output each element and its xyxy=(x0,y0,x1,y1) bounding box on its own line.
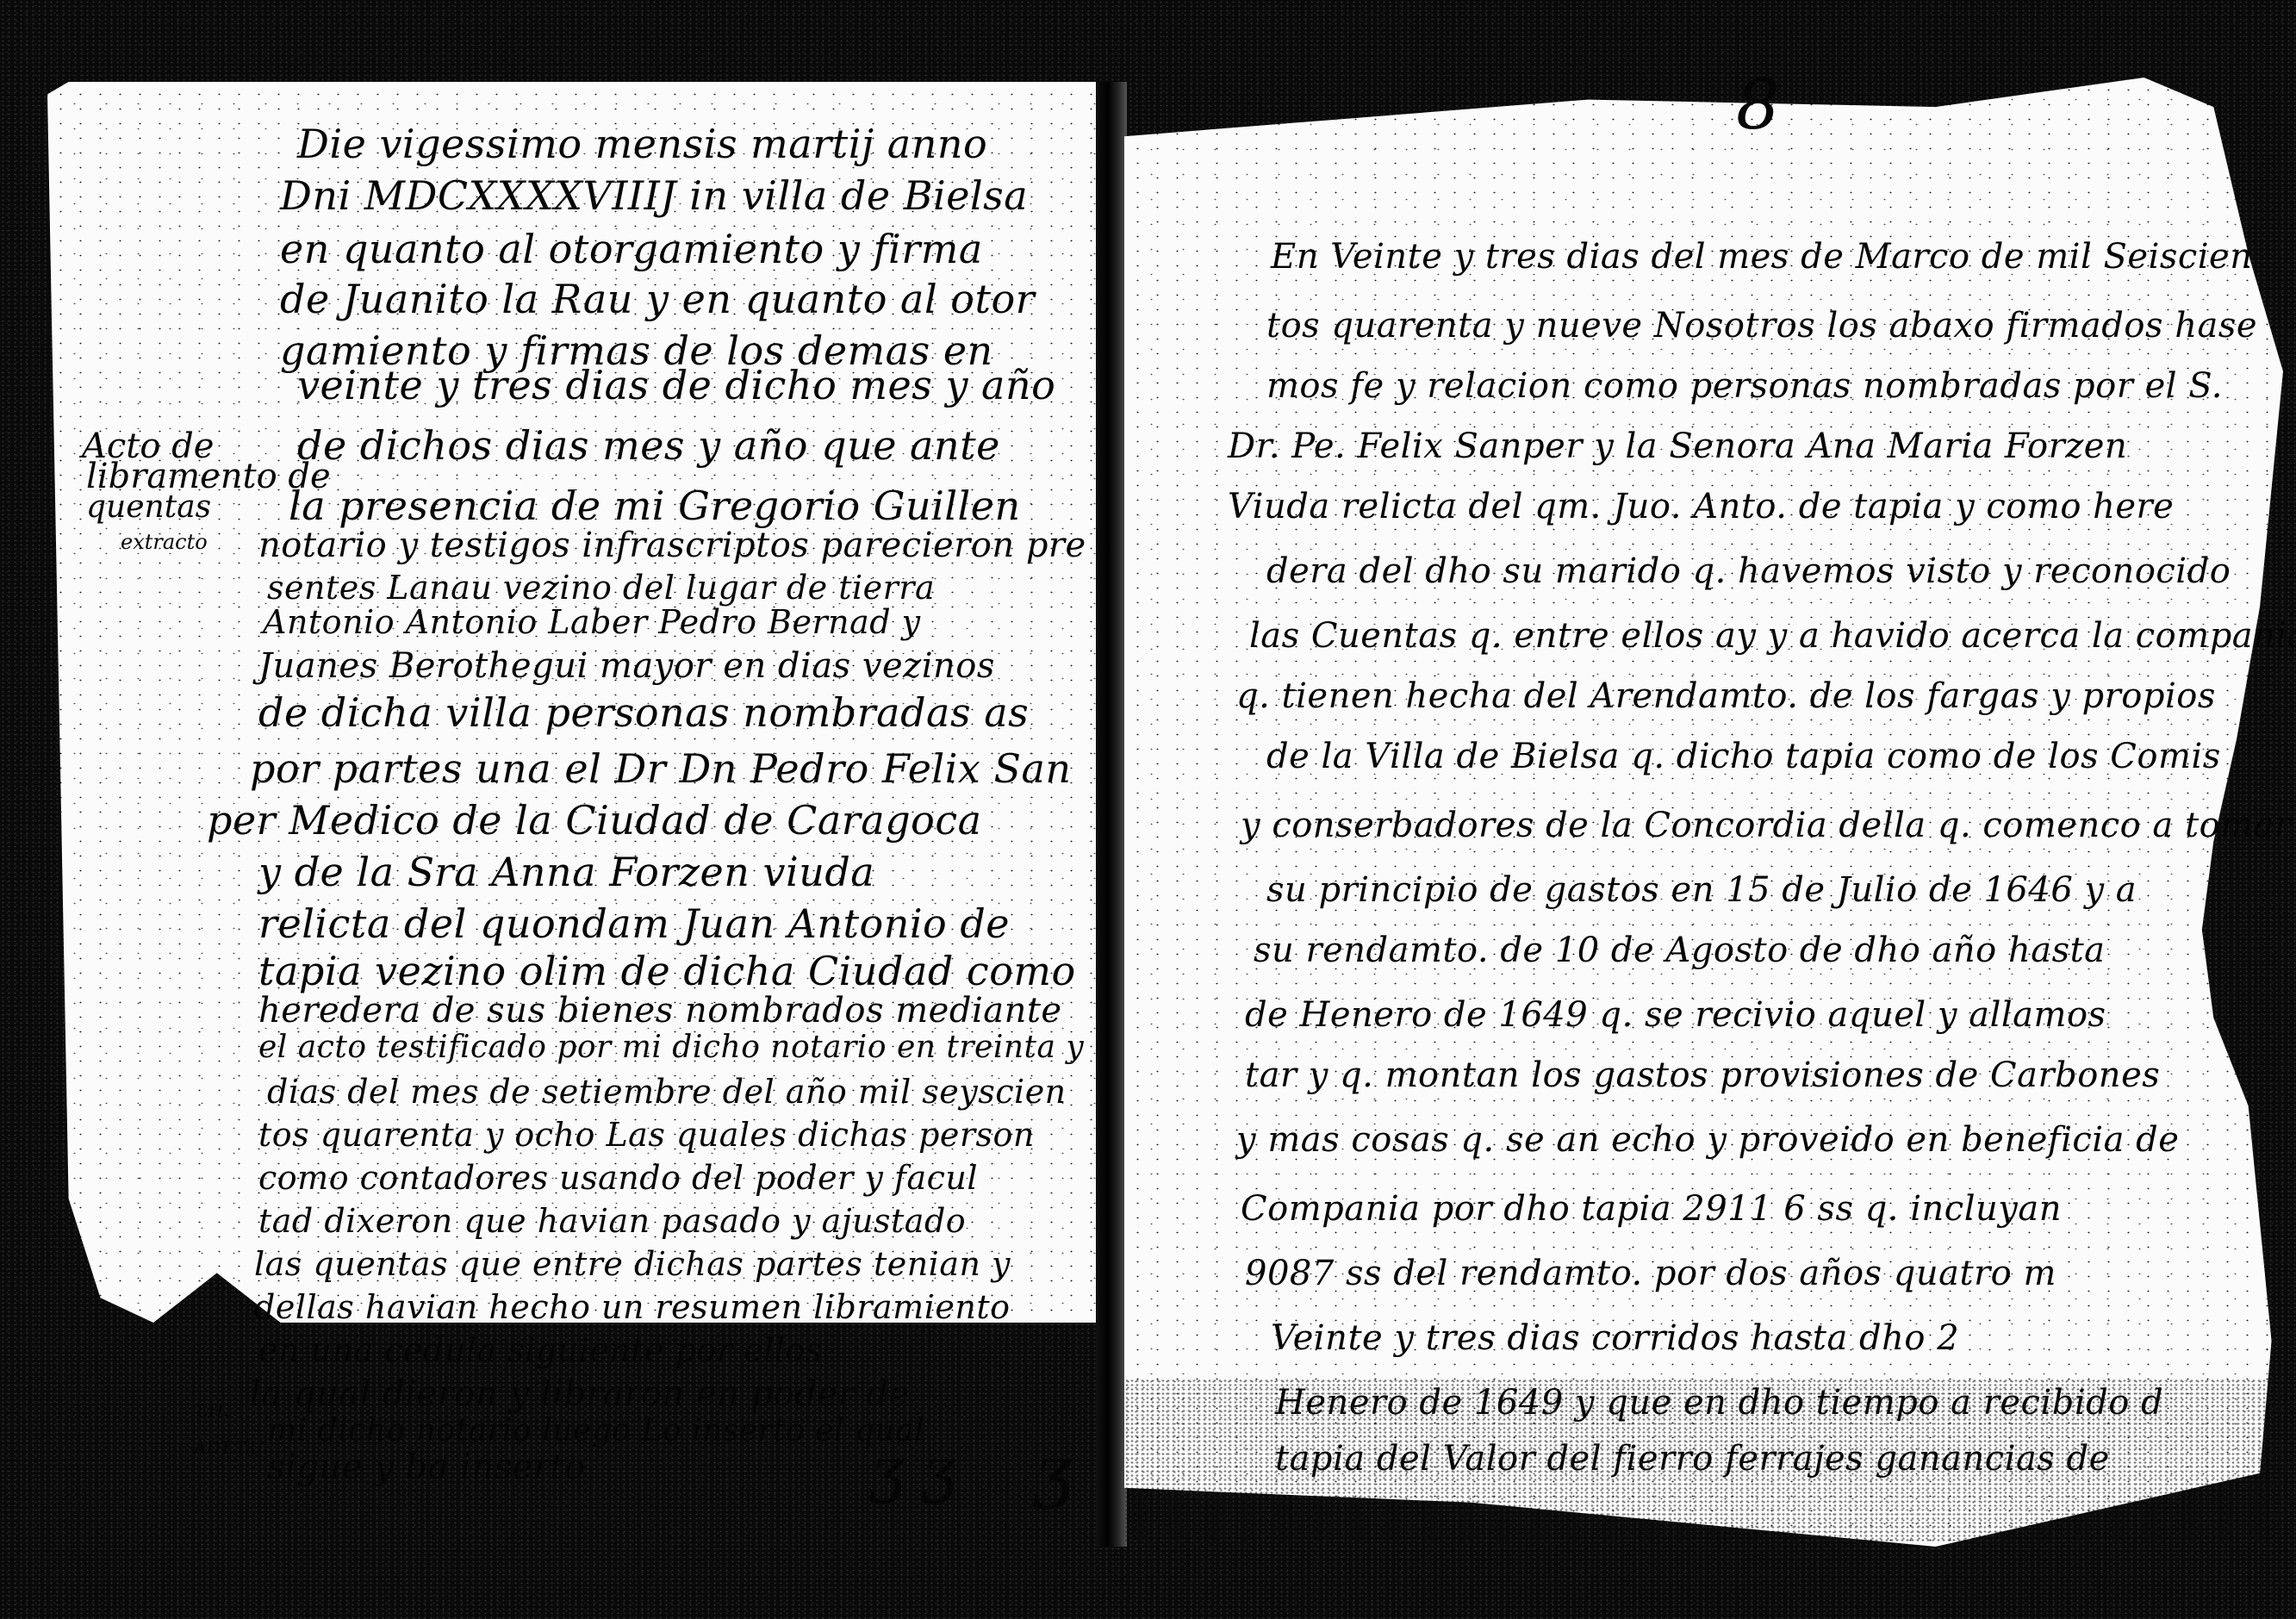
bottom-margin-note-2: ADT.T.U. xyxy=(194,1437,267,1458)
right-line-10: y conserbadores de la Concordia della q.… xyxy=(1241,806,2292,845)
right-line-12: su rendamto. de 10 de Agosto de dho año … xyxy=(1254,931,2106,970)
left-line-3: en quanto al otorgamiento y firma xyxy=(280,226,983,272)
left-line-28: la qual dieron y libraron en poder de xyxy=(250,1374,910,1414)
left-line-22: tos quarenta y ocho Las quales dichas pe… xyxy=(258,1116,1035,1154)
right-line-19: Henero de 1649 y que en dho tiempo a rec… xyxy=(1275,1383,2163,1423)
left-line-17: relicta del quondam Juan Antonio de xyxy=(258,900,1010,947)
left-line-23: como contadores usando del poder y facul xyxy=(258,1159,978,1197)
left-line-21: dias del mes de setiembre del año mil se… xyxy=(267,1073,1067,1111)
book-gutter xyxy=(1096,82,1127,1547)
right-line-4: Dr. Pe. Felix Sanper y la Senora Ana Mar… xyxy=(1228,427,2127,466)
right-line-6: dera del dho su marido q. havemos visto … xyxy=(1266,551,2231,591)
left-line-12: Juanes Berothegui mayor en dias vezinos xyxy=(258,646,995,686)
right-line-7: las Cuentas q. entre ellos ay y a havido… xyxy=(1249,616,2296,656)
signature-flourish-icon: ʒ xyxy=(870,1435,905,1505)
right-line-3: mos fe y relacion como personas nombrada… xyxy=(1266,366,2223,406)
left-line-11: Antonio Antonio Laber Pedro Bernad y xyxy=(263,603,921,641)
bottom-margin-note-1: T.H. xyxy=(194,1400,229,1421)
left-line-26: dellas havian hecho un resumen libramien… xyxy=(254,1288,1010,1326)
left-line-4: de Juanito la Rau y en quanto al otor xyxy=(280,276,1035,322)
left-line-20: el acto testificado por mi dicho notario… xyxy=(258,1030,1084,1065)
right-line-11: su principio de gastos en 15 de Julio de… xyxy=(1266,870,2137,910)
folio-number: 8 xyxy=(1736,65,1780,145)
left-line-13: de dicha villa personas nombradas as xyxy=(258,689,1029,736)
left-line-14: por partes una el Dr Dn Pedro Felix San xyxy=(250,745,1072,792)
signature-flourish-icon: ʒ xyxy=(1034,1430,1073,1510)
left-line-25: las quentas que entre dichas partes teni… xyxy=(254,1245,1011,1283)
right-line-17: 9087 ss del rendamto. por dos años quatr… xyxy=(1245,1254,2056,1293)
right-line-8: q. tienen hecha del Arendamto. de los fa… xyxy=(1236,676,2216,716)
right-line-1: En Veinte y tres dias del mes de Marco d… xyxy=(1271,237,2252,277)
left-line-2: Dni MDCXXXXVIIIJ in villa de Bielsa xyxy=(280,172,1028,219)
right-line-14: tar y q. montan los gastos provisiones d… xyxy=(1245,1055,2160,1095)
right-line-16: Compania por dho tapia 2911 6 ss q. incl… xyxy=(1241,1189,2062,1229)
left-line-19: heredera de sus bienes nombrados mediant… xyxy=(258,991,1062,1031)
left-line-7: de dichos dias mes y año que ante xyxy=(297,422,1000,469)
right-line-20: tapia del Valor del fierro ferrajes gana… xyxy=(1275,1439,2110,1479)
left-line-6: veinte y tres dias de dicho mes y año xyxy=(297,362,1055,408)
left-line-1: Die vigessimo mensis martij anno xyxy=(297,121,987,167)
left-line-15: per Medico de la Ciudad de Caragoca xyxy=(207,797,982,844)
left-line-10: sentes Lanau vezino del lugar de tierra xyxy=(267,569,935,607)
margin-note-line-4: extracto xyxy=(121,530,208,554)
signature-flourish-icon: ʒ xyxy=(922,1435,956,1505)
right-line-2: tos quarenta y nueve Nosotros los abaxo … xyxy=(1266,306,2257,346)
left-line-16: y de la Sra Anna Forzen viuda xyxy=(258,849,874,895)
left-line-24: tad dixeron que havian pasado y ajustado xyxy=(258,1202,966,1240)
left-line-30: sigue y ba inserto xyxy=(267,1448,586,1487)
right-line-13: de Henero de 1649 q. se recivio aquel y … xyxy=(1245,995,2106,1035)
right-line-5: Viuda relicta del qm. Juo. Anto. de tapi… xyxy=(1228,487,2174,526)
left-line-9: notario y testigos infrascriptos parecie… xyxy=(258,526,1086,565)
left-line-27: en una cedula siguiente por ellos xyxy=(258,1331,823,1369)
right-line-18: Veinte y tres dias corridos hasta dho 2 xyxy=(1271,1318,1959,1358)
right-line-15: y mas cosas q. se an echo y proveido en … xyxy=(1236,1120,2179,1160)
left-line-8: la presencia de mi Gregorio Guillen xyxy=(289,483,1021,529)
margin-note-line-3: quentas xyxy=(86,489,211,525)
left-line-18: tapia vezino olim de dicha Ciudad como xyxy=(258,948,1076,994)
right-line-9: de la Villa de Bielsa q. dicho tapia com… xyxy=(1266,737,2221,776)
left-line-29: mi dicho notario luego Lo inserto el qua… xyxy=(267,1413,924,1448)
